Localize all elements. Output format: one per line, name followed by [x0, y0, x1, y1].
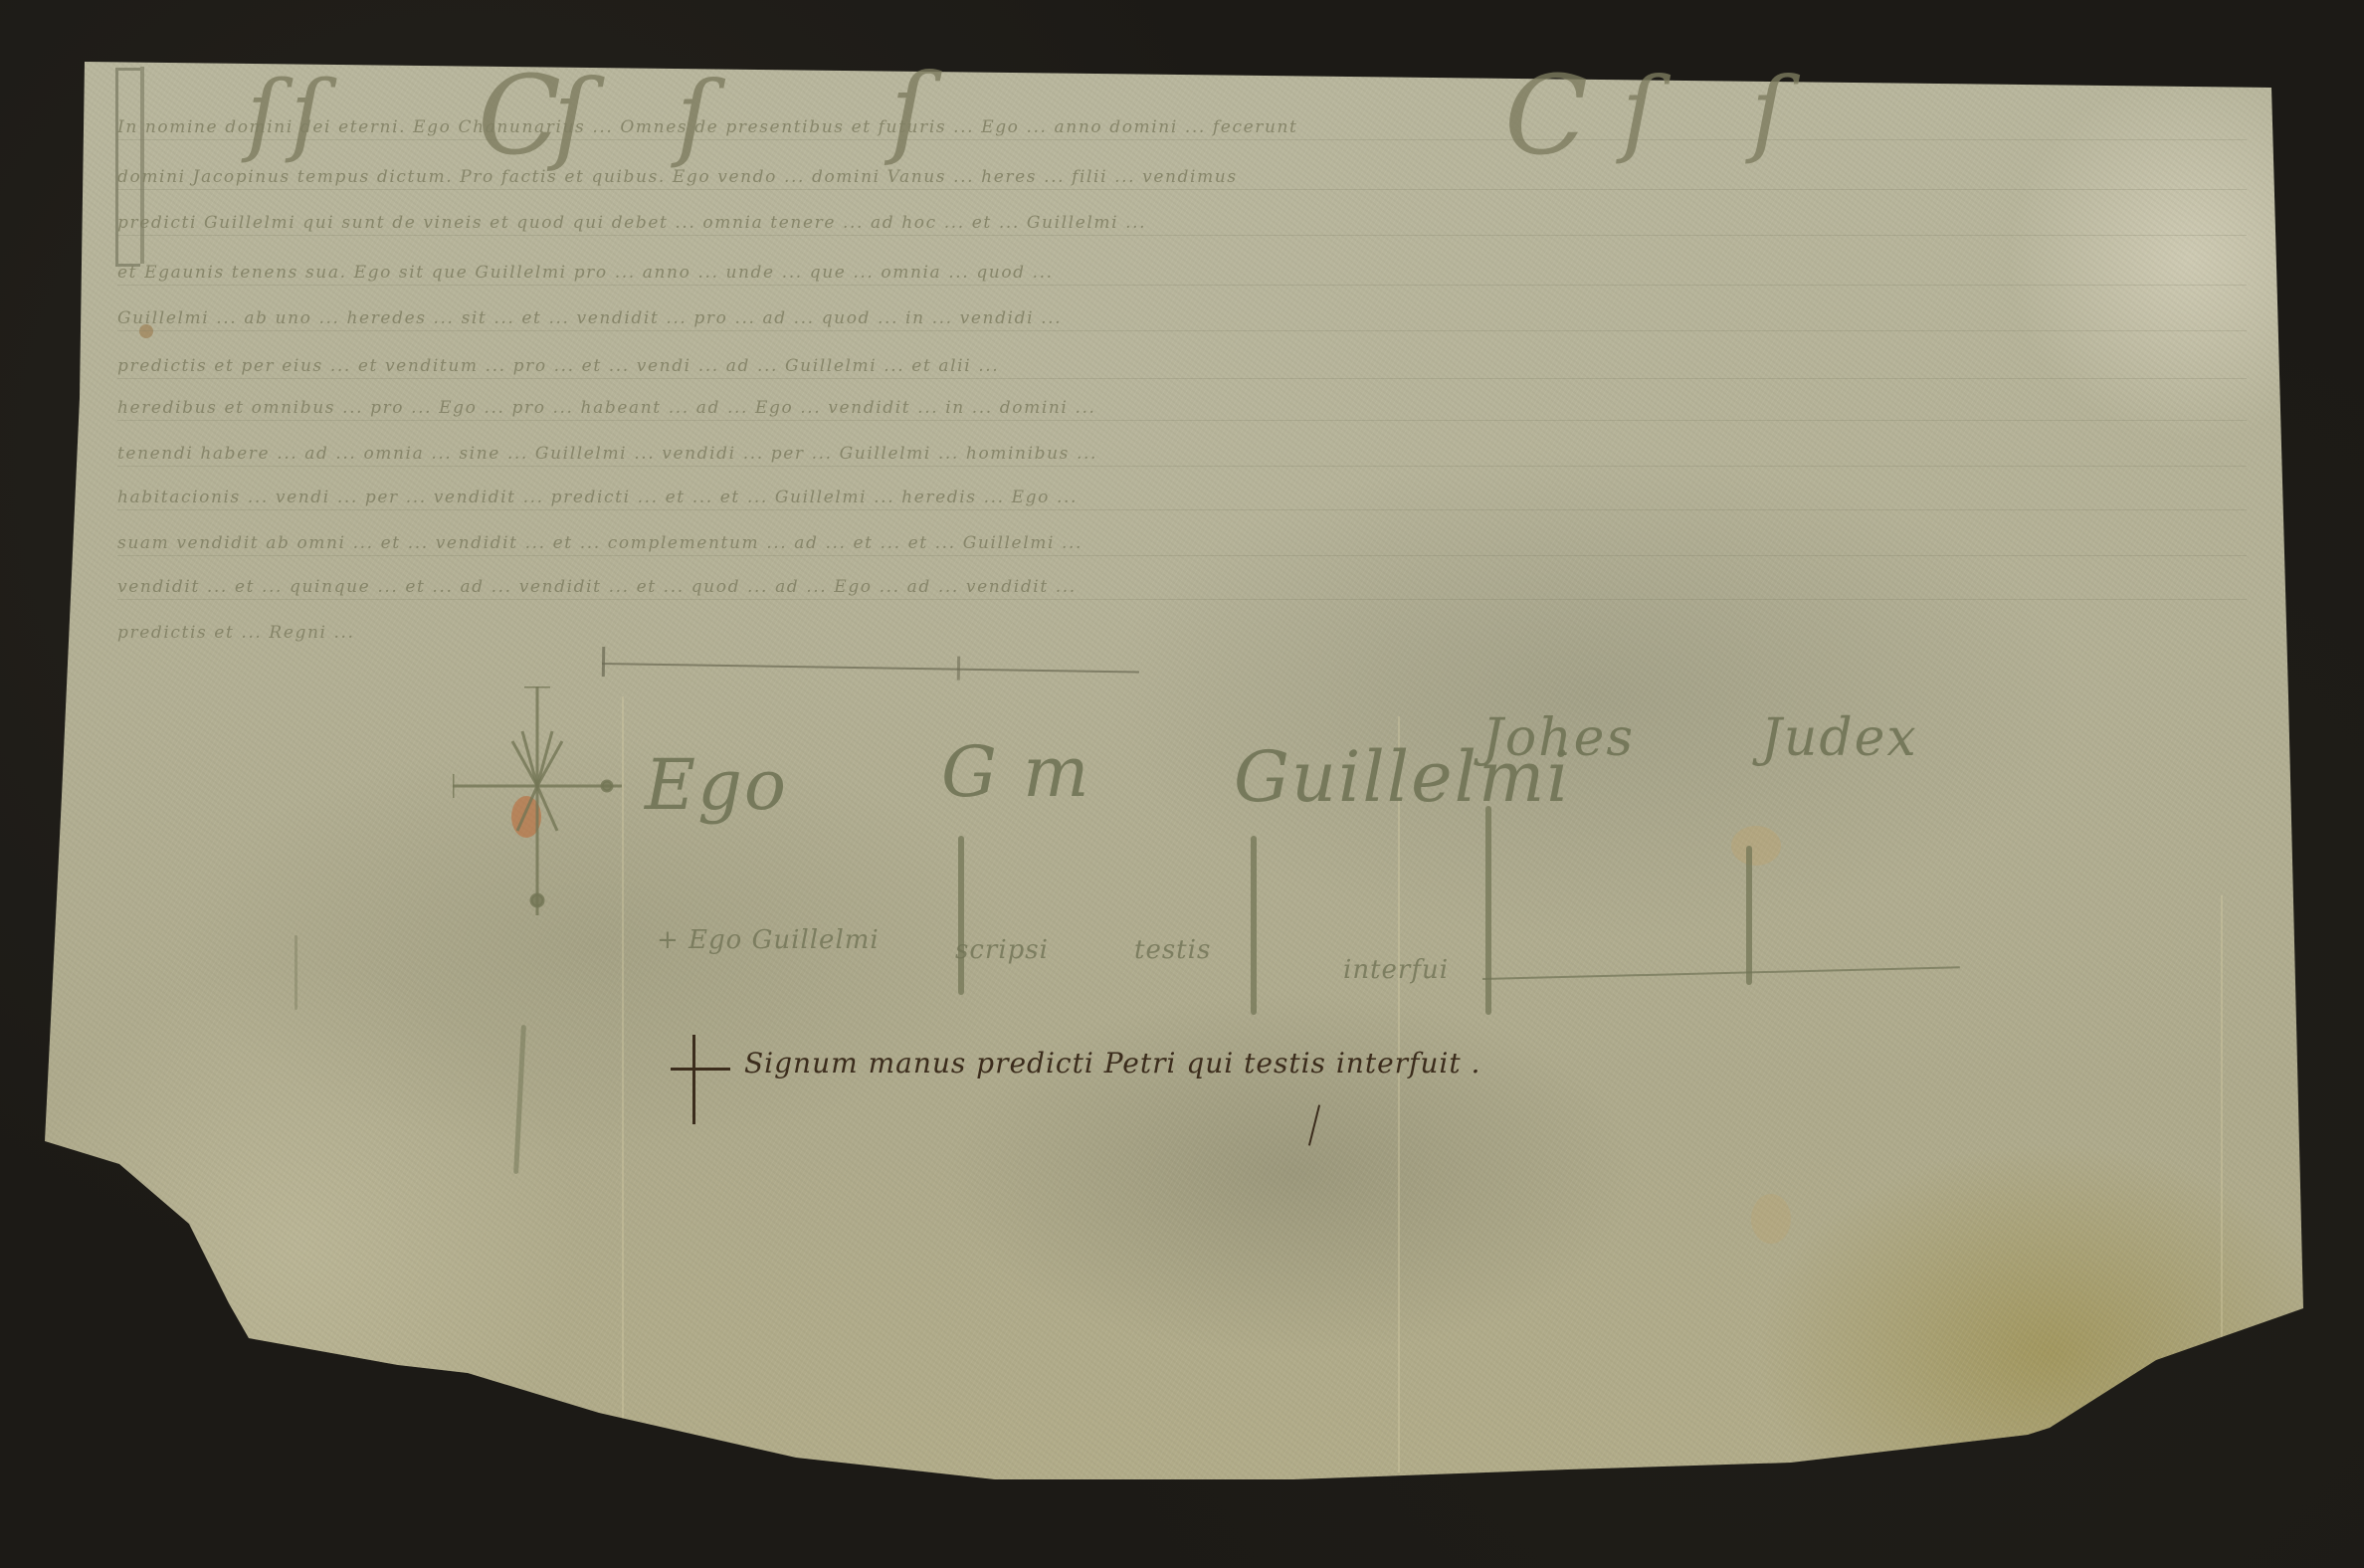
initial-C-flourish: C — [478, 52, 561, 179]
notarial-signum-icon — [453, 686, 622, 915]
subscription-interfui: interfui — [1343, 955, 1449, 985]
witness-cross-icon — [692, 1035, 695, 1124]
body-line: habitacionis ... vendi ... per ... vendi… — [117, 488, 2247, 510]
body-line: predicti Guillelmi qui sunt de vineis et… — [117, 213, 2247, 236]
descender-stroke — [1485, 806, 1491, 1015]
subscription-ego-guillelmi: + Ego Guillelmi — [657, 925, 880, 955]
descender-stroke — [1746, 846, 1752, 985]
signature-gm: G m — [941, 731, 1091, 813]
fold-crease — [1398, 716, 1400, 1472]
signature-ego: Ego — [645, 744, 788, 826]
body-line: et Egaunis tenens sua. Ego sit que Guill… — [117, 263, 2247, 286]
ascender-flourish: ſ — [890, 52, 927, 168]
body-line: predictis et per eius ... et venditum ..… — [117, 356, 2247, 379]
fold-crease — [622, 696, 624, 1472]
margin-stroke — [295, 935, 297, 1010]
signature-judex: Judex — [1761, 708, 1918, 768]
witness-signum-line: Signum manus predicti Petri qui testis i… — [744, 1047, 1480, 1079]
fold-crease — [2221, 895, 2223, 1343]
body-line: vendidit ... et ... quinque ... et ... a… — [117, 577, 2247, 600]
body-line: domini Jacopinus tempus dictum. Pro fact… — [117, 167, 2247, 190]
body-line: Guillelmi ... ab uno ... heredes ... sit… — [117, 308, 2247, 331]
ascender-flourish: ſ — [291, 62, 323, 166]
ascender-flourish: ſ — [677, 62, 711, 171]
body-line: predictis et ... Regni ... — [117, 623, 585, 645]
subscription-testis: testis — [1134, 935, 1211, 965]
body-line: heredibus et omnibus ... pro ... Ego ...… — [117, 398, 2247, 421]
body-line: In nomine domini dei eterni. Ego Chanuna… — [117, 117, 2247, 140]
ascender-flourish: ſ — [1622, 58, 1657, 167]
stain — [1731, 826, 1781, 866]
signature-johes: Johes — [1482, 708, 1635, 768]
witness-cross-bar — [671, 1068, 730, 1071]
initial-C-flourish: C — [1504, 52, 1588, 179]
stain — [1751, 1194, 1791, 1244]
body-line: suam vendidit ab omni ... et ... vendidi… — [117, 533, 2247, 556]
ascender-flourish: ſ — [553, 58, 590, 174]
subscription-scripsi: scripsi — [955, 935, 1049, 965]
ascender-flourish: ſ — [247, 62, 280, 166]
descender-stroke — [958, 836, 964, 995]
ascender-flourish: ſ — [1751, 58, 1786, 167]
descender-stroke — [1251, 836, 1257, 1015]
body-line: tenendi habere ... ad ... omnia ... sine… — [117, 444, 2247, 467]
